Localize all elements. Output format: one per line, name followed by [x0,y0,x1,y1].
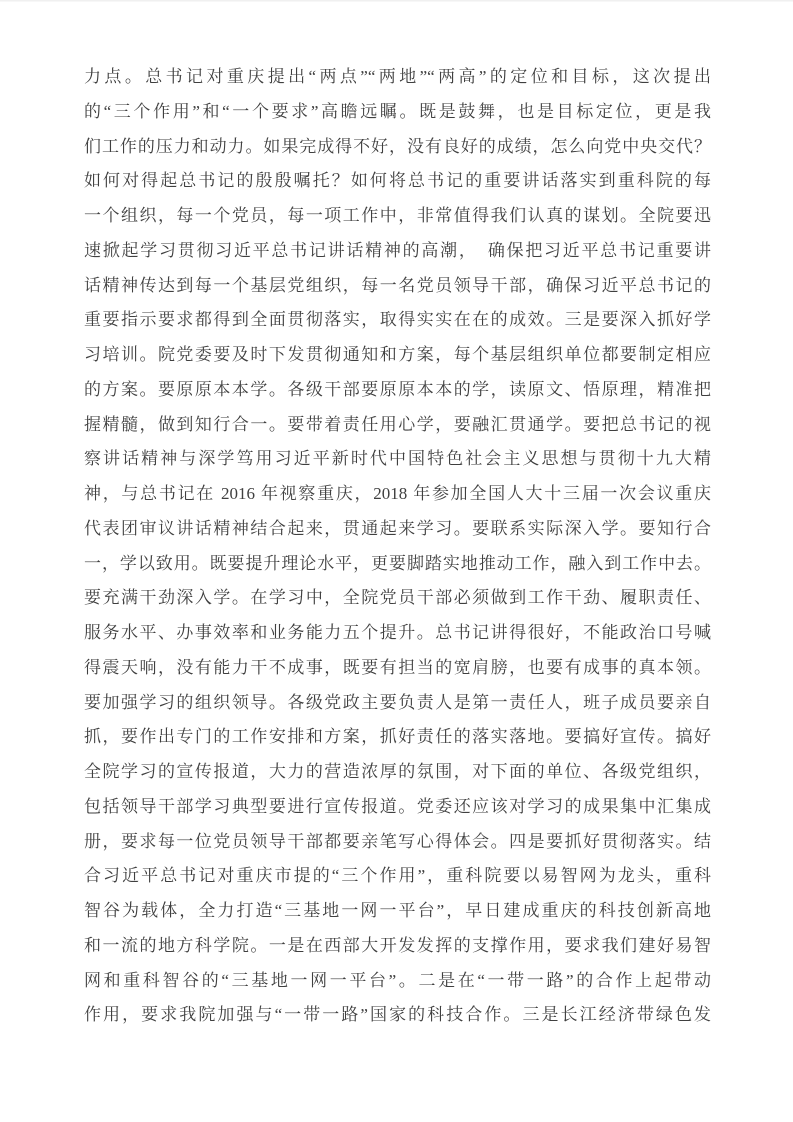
text-line: 话精神传达到每一个基层党组织，每一名党员领导干部，确保习近平总书记的 [84,269,711,304]
text-line: 全院学习的宣传报道，大力的营造浓厚的氛围，对下面的单位、各级党组织， [84,755,711,790]
text-line: 和一流的地方科学院。一是在西部大开发发挥的支撑作用，要求我们建好易智 [84,929,711,964]
text-line: 的“三个作用”和“一个要求”高瞻远瞩。既是鼓舞，也是目标定位，更是我 [84,95,711,130]
text-line: 一个组织，每一个党员，每一项工作中，非常值得我们认真的谋划。全院要迅 [84,199,711,234]
text-line: 智谷为载体，全力打造“三基地一网一平台”，早日建成重庆的科技创新高地 [84,894,711,929]
text-line: 要加强学习的组织领导。各级党政主要负责人是第一责任人，班子成员要亲自 [84,686,711,721]
text-line: 速掀起学习贯彻习近平总书记讲话精神的高潮， 确保把习近平总书记重要讲 [84,234,711,269]
text-line: 作用，要求我院加强与“一带一路”国家的科技合作。三是长江经济带绿色发 [84,998,711,1033]
text-line: 们工作的压力和动力。如果完成得不好，没有良好的成绩，怎么向党中央交代？ [84,130,711,165]
text-line: 握精髓，做到知行合一。要带着责任用心学，要融汇贯通学。要把总书记的视 [84,408,711,443]
text-line: 合习近平总书记对重庆市提的“三个作用”，重科院要以易智网为龙头，重科 [84,859,711,894]
text-line: 得震天响，没有能力干不成事，既要有担当的宽肩膀，也要有成事的真本领。 [84,651,711,686]
text-line: 如何对得起总书记的殷殷嘱托？如何将总书记的重要讲话落实到重科院的每 [84,164,711,199]
text-line: 包括领导干部学习典型要进行宣传报道。党委还应该对学习的成果集中汇集成 [84,790,711,825]
text-line: 的方案。要原原本本学。各级干部要原原本本的学，读原文、悟原理，精准把 [84,373,711,408]
text-line: 神，与总书记在 2016 年视察重庆，2018 年参加全国人大十三届一次会议重庆 [84,477,711,512]
text-line: 抓，要作出专门的工作安排和方案，抓好责任的落实落地。要搞好宣传。搞好 [84,720,711,755]
text-line: 一，学以致用。既要提升理论水平，更要脚踏实地推动工作，融入到工作中去。 [84,547,711,582]
text-line: 习培训。院党委要及时下发贯彻通知和方案，每个基层组织单位都要制定相应 [84,338,711,373]
text-line: 重要指示要求都得到全面贯彻落实，取得实实在在的成效。三是要深入抓好学 [84,303,711,338]
text-line: 册，要求每一位党员领导干部都要亲笔写心得体会。四是要抓好贯彻落实。结 [84,825,711,860]
text-line: 服务水平、办事效率和业务能力五个提升。总书记讲得很好，不能政治口号喊 [84,616,711,651]
text-line: 要充满干劲深入学。在学习中，全院党员干部必须做到工作干劲、履职责任、 [84,581,711,616]
text-line: 代表团审议讲话精神结合起来，贯通起来学习。要联系实际深入学。要知行合 [84,512,711,547]
text-line: 网和重科智谷的“三基地一网一平台”。二是在“一带一路”的合作上起带动 [84,964,711,999]
page-top-edge [0,0,793,2]
text-line: 察讲话精神与深学笃用习近平新时代中国特色社会主义思想与贯彻十九大精 [84,442,711,477]
document-page: 力点。总书记对重庆提出“两点”“两地”“两高”的定位和目标，这次提出的“三个作用… [0,0,793,1122]
text-line: 力点。总书记对重庆提出“两点”“两地”“两高”的定位和目标，这次提出 [84,60,711,95]
body-text: 力点。总书记对重庆提出“两点”“两地”“两高”的定位和目标，这次提出的“三个作用… [84,60,711,1033]
